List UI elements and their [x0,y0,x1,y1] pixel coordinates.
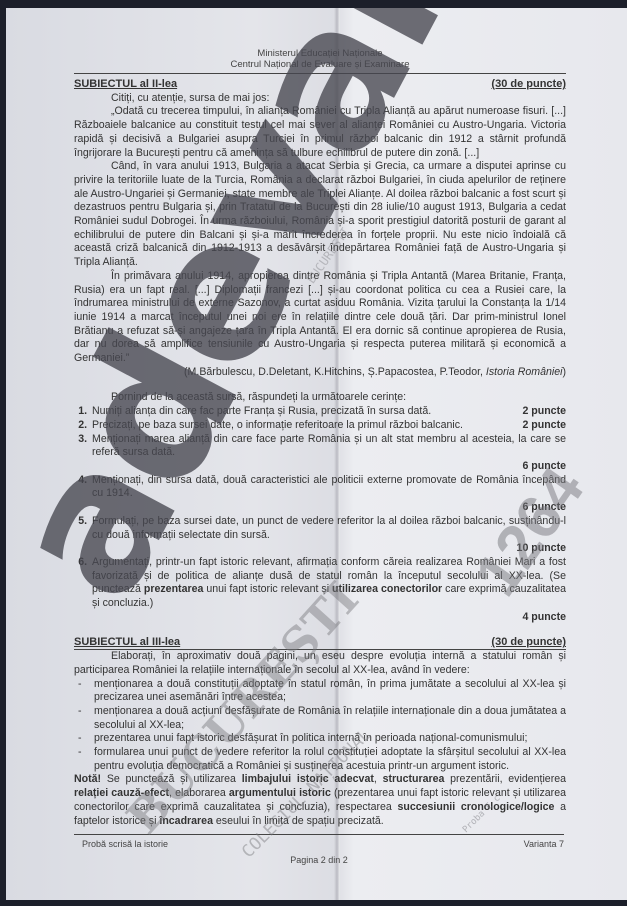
subject2-points: (30 de puncte) [491,78,566,92]
subject2-heading: SUBIECTUL al II-lea (30 de puncte) [74,78,566,92]
footer-page-number: Pagina 2 din 2 [74,855,564,865]
requirement-points: 10 puncte [92,542,566,556]
source-title: Istoria României [486,366,563,378]
note-text: Se punctează și utilizarea [101,773,242,785]
note-bold: limbajului istoric adecvat [242,773,374,785]
subject2-intro: Citiți, cu atenție, sursa de mai jos: [74,92,566,106]
note-bold: utilizarea conectorilor [332,583,442,595]
requirement-item: Numiți alianța din care fac parte Franța… [90,405,566,419]
requirements-intro: Pornind de la această sursă, răspundeți … [74,391,566,405]
page-content: Ministerul Educației Naționale Centrul N… [74,8,566,828]
exam-page: Ministerul Educației Naționale Centrul N… [6,8,627,900]
subject2-title: SUBIECTUL al II-lea [74,78,177,92]
note-label: Notă! [74,773,101,785]
center-name: Centrul Național de Evaluare și Examinar… [74,59,566,70]
note-bold: prezentarea [144,583,203,595]
essay-note: Notă! Se punctează și utilizarea limbaju… [74,773,566,828]
requirement-text: Argumentați, printr-un fapt istoric rele… [92,556,566,611]
requirement-points: 2 puncte [522,405,566,419]
source-close: ) [562,366,566,378]
note-text: unui fapt istoric relevant și [203,583,332,595]
requirement-text: Formulați, pe baza sursei date, un punct… [92,515,566,542]
requirement-main: Argumentați, printr-un fapt istoric rele… [92,556,566,582]
requirement-text: Precizați, pe baza sursei date, o inform… [92,419,463,431]
note-text: prezentării, evidențierea [444,773,566,785]
page-header: Ministerul Educației Naționale Centrul N… [74,48,566,70]
subject3-intro: Elaborați, în aproximativ două pagini, u… [74,650,566,677]
requirement-item: Formulați, pe baza sursei date, un punct… [90,515,566,556]
essay-criterion: prezentarea unui fapt istoric desfășurat… [94,732,566,746]
source-paragraph: În primăvara anului 1914, apropierea din… [74,270,566,366]
note-bold: încadrarea [159,815,213,827]
requirement-item: Menționați, din sursa dată, două caracte… [90,474,566,515]
note-text: , elaborarea [169,787,229,799]
requirement-item: Argumentați, printr-un fapt istoric rele… [90,556,566,625]
essay-criteria-list: menționarea a două constituții adoptate … [74,678,566,774]
requirement-text: Menționați, din sursa dată, două caracte… [92,474,566,501]
requirement-points: 6 puncte [92,460,566,474]
essay-criterion: menționarea a două constituții adoptate … [94,678,566,705]
note-bold: relației cauză-efect [74,787,169,799]
page-footer: Probă scrisă la istorie Varianta 7 Pagin… [74,834,564,835]
note-bold: structurarea [383,773,445,785]
requirement-points: 2 puncte [522,419,566,433]
header-rule [74,73,566,74]
footer-variant: Varianta 7 [524,839,564,849]
source-citation: (M.Bărbulescu, D.Deletant, K.Hitchins, Ș… [74,366,566,380]
subject3-title: SUBIECTUL al III-lea [74,636,180,650]
note-bold: succesiunii cronologice/logice [397,801,554,813]
subject3-points: (30 de puncte) [491,636,566,650]
requirement-text: Numiți alianța din care fac parte Franța… [92,405,431,417]
footer-exam-name: Probă scrisă la istorie [82,839,168,849]
requirement-points: 4 puncte [92,611,566,625]
source-authors: (M.Bărbulescu, D.Deletant, K.Hitchins, Ș… [184,366,486,378]
requirement-points: 6 puncte [92,501,566,515]
source-paragraph: Când, în vara anului 1913, Bulgaria a at… [74,160,566,270]
ministry-name: Ministerul Educației Naționale [74,48,566,59]
note-text: , [374,773,383,785]
note-text: eseului în limita de spațiu precizată. [213,815,384,827]
source-paragraph: „Odată cu trecerea timpului, în alianța … [74,105,566,160]
subject3-heading: SUBIECTUL al III-lea (30 de puncte) [74,636,566,650]
essay-criterion: menționarea a două acțiuni desfășurate d… [94,705,566,732]
requirement-text: Menționați marea alianță din care face p… [92,433,566,460]
requirement-item: Menționați marea alianță din care face p… [90,433,566,474]
requirement-item: Precizați, pe baza sursei date, o inform… [90,419,566,433]
essay-criterion: formularea unui punct de vedere referito… [94,746,566,773]
requirements-list: Numiți alianța din care fac parte Franța… [74,405,566,624]
note-bold: argumentului istoric [229,787,331,799]
